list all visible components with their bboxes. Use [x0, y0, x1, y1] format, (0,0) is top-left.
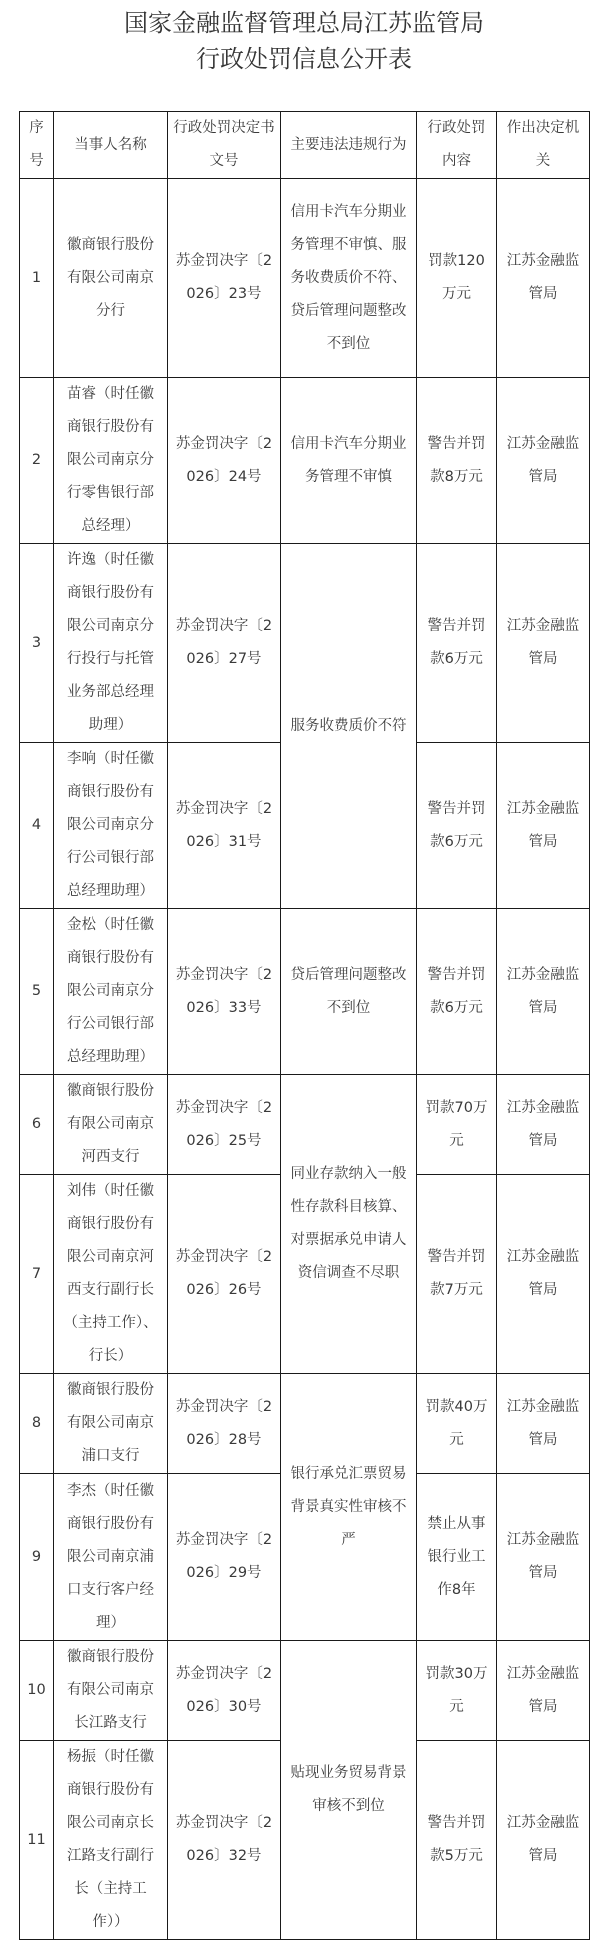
header-doc-no: 行政处罚决定书文号 [168, 112, 281, 179]
cell-party: 苗睿（时任徽商银行股份有限公司南京分行零售银行部总经理） [54, 378, 168, 544]
cell-seq: 9 [20, 1474, 54, 1641]
cell-penalty: 警告并罚款5万元 [417, 1741, 497, 1940]
cell-violation-merged: 服务收费质价不符 [281, 544, 417, 909]
cell-authority: 江苏金融监管局 [497, 1641, 590, 1741]
cell-doc-no: 苏金罚决字〔2026〕23号 [168, 179, 281, 378]
cell-violation: 贷后管理问题整改不到位 [281, 909, 417, 1075]
cell-doc-no: 苏金罚决字〔2026〕33号 [168, 909, 281, 1075]
cell-doc-no: 苏金罚决字〔2026〕30号 [168, 1641, 281, 1741]
cell-authority: 江苏金融监管局 [497, 1075, 590, 1175]
cell-party: 徽商银行股份有限公司南京长江路支行 [54, 1641, 168, 1741]
cell-violation-merged: 同业存款纳入一般性存款科目核算、对票据承兑申请人资信调查不尽职 [281, 1075, 417, 1374]
header-seq: 序号 [20, 112, 54, 179]
table-row: 3 许逸（时任徽商银行股份有限公司南京分行投行与托管业务部总经理助理） 苏金罚决… [20, 544, 590, 743]
cell-doc-no: 苏金罚决字〔2026〕32号 [168, 1741, 281, 1940]
cell-seq: 5 [20, 909, 54, 1075]
cell-authority: 江苏金融监管局 [497, 1741, 590, 1940]
cell-doc-no: 苏金罚决字〔2026〕31号 [168, 743, 281, 909]
cell-doc-no: 苏金罚决字〔2026〕29号 [168, 1474, 281, 1641]
cell-penalty: 罚款40万元 [417, 1374, 497, 1474]
cell-party: 徽商银行股份有限公司南京河西支行 [54, 1075, 168, 1175]
cell-seq: 7 [20, 1175, 54, 1374]
cell-seq: 1 [20, 179, 54, 378]
cell-doc-no: 苏金罚决字〔2026〕26号 [168, 1175, 281, 1374]
cell-violation: 信用卡汽车分期业务管理不审慎 [281, 378, 417, 544]
cell-party: 徽商银行股份有限公司南京浦口支行 [54, 1374, 168, 1474]
cell-doc-no: 苏金罚决字〔2026〕28号 [168, 1374, 281, 1474]
cell-penalty: 警告并罚款6万元 [417, 544, 497, 743]
table-row: 1 徽商银行股份有限公司南京分行 苏金罚决字〔2026〕23号 信用卡汽车分期业… [20, 179, 590, 378]
cell-violation: 信用卡汽车分期业务管理不审慎、服务收费质价不符、贷后管理问题整改不到位 [281, 179, 417, 378]
cell-penalty: 罚款30万元 [417, 1641, 497, 1741]
cell-penalty: 警告并罚款6万元 [417, 909, 497, 1075]
cell-party: 刘伟（时任徽商银行股份有限公司南京河西支行副行长（主持工作）、行长） [54, 1175, 168, 1374]
cell-party: 徽商银行股份有限公司南京分行 [54, 179, 168, 378]
cell-party: 杨振（时任徽商银行股份有限公司南京长江路支行副行长（主持工作）） [54, 1741, 168, 1940]
page-title: 国家金融监督管理总局江苏监管局 [0, 8, 608, 38]
header-party: 当事人名称 [54, 112, 168, 179]
cell-penalty: 警告并罚款6万元 [417, 743, 497, 909]
header-violation: 主要违法违规行为 [281, 112, 417, 179]
cell-party: 李响（时任徽商银行股份有限公司南京分行公司银行部总经理助理） [54, 743, 168, 909]
cell-violation-merged: 银行承兑汇票贸易背景真实性审核不严 [281, 1374, 417, 1641]
header-penalty: 行政处罚内容 [417, 112, 497, 179]
table-row: 10 徽商银行股份有限公司南京长江路支行 苏金罚决字〔2026〕30号 贴现业务… [20, 1641, 590, 1741]
cell-seq: 6 [20, 1075, 54, 1175]
cell-doc-no: 苏金罚决字〔2026〕27号 [168, 544, 281, 743]
cell-seq: 8 [20, 1374, 54, 1474]
table-row: 8 徽商银行股份有限公司南京浦口支行 苏金罚决字〔2026〕28号 银行承兑汇票… [20, 1374, 590, 1474]
cell-violation-merged: 贴现业务贸易背景审核不到位 [281, 1641, 417, 1940]
cell-penalty: 禁止从事银行业工作8年 [417, 1474, 497, 1641]
cell-authority: 江苏金融监管局 [497, 378, 590, 544]
header-authority: 作出决定机关 [497, 112, 590, 179]
cell-penalty: 罚款70万元 [417, 1075, 497, 1175]
cell-seq: 2 [20, 378, 54, 544]
cell-authority: 江苏金融监管局 [497, 1474, 590, 1641]
cell-seq: 3 [20, 544, 54, 743]
cell-authority: 江苏金融监管局 [497, 1175, 590, 1374]
cell-authority: 江苏金融监管局 [497, 743, 590, 909]
cell-authority: 江苏金融监管局 [497, 544, 590, 743]
header-row: 序号 当事人名称 行政处罚决定书文号 主要违法违规行为 行政处罚内容 作出决定机… [20, 112, 590, 179]
cell-seq: 10 [20, 1641, 54, 1741]
cell-penalty: 警告并罚款8万元 [417, 378, 497, 544]
cell-seq: 11 [20, 1741, 54, 1940]
cell-party: 李杰（时任徽商银行股份有限公司南京浦口支行客户经理） [54, 1474, 168, 1641]
page-subtitle: 行政处罚信息公开表 [0, 44, 608, 74]
table-row: 6 徽商银行股份有限公司南京河西支行 苏金罚决字〔2026〕25号 同业存款纳入… [20, 1075, 590, 1175]
cell-penalty: 警告并罚款7万元 [417, 1175, 497, 1374]
cell-doc-no: 苏金罚决字〔2026〕25号 [168, 1075, 281, 1175]
cell-party: 许逸（时任徽商银行股份有限公司南京分行投行与托管业务部总经理助理） [54, 544, 168, 743]
cell-authority: 江苏金融监管局 [497, 1374, 590, 1474]
cell-authority: 江苏金融监管局 [497, 179, 590, 378]
cell-seq: 4 [20, 743, 54, 909]
cell-penalty: 罚款120万元 [417, 179, 497, 378]
cell-doc-no: 苏金罚决字〔2026〕24号 [168, 378, 281, 544]
penalty-table: 序号 当事人名称 行政处罚决定书文号 主要违法违规行为 行政处罚内容 作出决定机… [19, 111, 590, 1940]
table-row: 5 金松（时任徽商银行股份有限公司南京分行公司银行部总经理助理） 苏金罚决字〔2… [20, 909, 590, 1075]
cell-party: 金松（时任徽商银行股份有限公司南京分行公司银行部总经理助理） [54, 909, 168, 1075]
table-row: 2 苗睿（时任徽商银行股份有限公司南京分行零售银行部总经理） 苏金罚决字〔202… [20, 378, 590, 544]
cell-authority: 江苏金融监管局 [497, 909, 590, 1075]
